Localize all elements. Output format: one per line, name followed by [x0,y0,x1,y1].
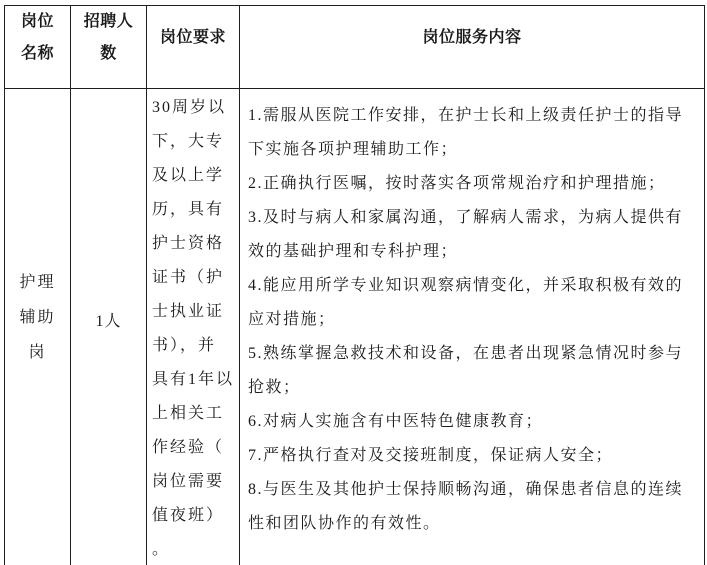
duty-item: 2.正确执行医嘱，按时落实各项常规治疗和护理措施； [248,167,697,201]
cell-requirements: 30周岁以 下，大专 及以上学 历，具有 护士资格 证书（护 士执业证 书），并… [147,89,240,565]
header-duties: 岗位服务内容 [240,6,705,89]
document-page: 岗位 名称 招聘人 数 岗位要求 岗位服务内容 护理 辅助 岗 1人 30周岁以… [0,0,707,565]
header-position-name: 岗位 名称 [5,6,71,89]
table-row: 护理 辅助 岗 1人 30周岁以 下，大专 及以上学 历，具有 护士资格 证书（… [5,89,705,565]
recruitment-table: 岗位 名称 招聘人 数 岗位要求 岗位服务内容 护理 辅助 岗 1人 30周岁以… [4,5,705,565]
duty-item: 4.能应用所学专业知识观察病情变化，并采取积极有效的应对措施； [248,269,697,337]
duty-item: 6.对病人实施含有中医特色健康教育； [248,405,697,439]
duty-item: 8.与医生及其他护士保持顺畅沟通，确保患者信息的连续性和团队协作的有效性。 [248,473,697,541]
table-header-row: 岗位 名称 招聘人 数 岗位要求 岗位服务内容 [5,6,705,89]
header-requirements: 岗位要求 [147,6,240,89]
duty-item: 7.严格执行查对及交接班制度，保证病人安全； [248,439,697,473]
duty-item: 5.熟练掌握急救技术和设备，在患者出现紧急情况时参与抢救； [248,337,697,405]
cell-duties: 1.需服从医院工作安排，在护士长和上级责任护士的指导下实施各项护理辅助工作；2.… [240,89,705,565]
header-recruit-count: 招聘人 数 [71,6,147,89]
cell-recruit-count: 1人 [71,89,147,565]
cell-position-name: 护理 辅助 岗 [5,89,71,565]
duty-item: 1.需服从医院工作安排，在护士长和上级责任护士的指导下实施各项护理辅助工作； [248,99,697,167]
duty-item: 3.及时与病人和家属沟通，了解病人需求，为病人提供有效的基础护理和专科护理； [248,201,697,269]
